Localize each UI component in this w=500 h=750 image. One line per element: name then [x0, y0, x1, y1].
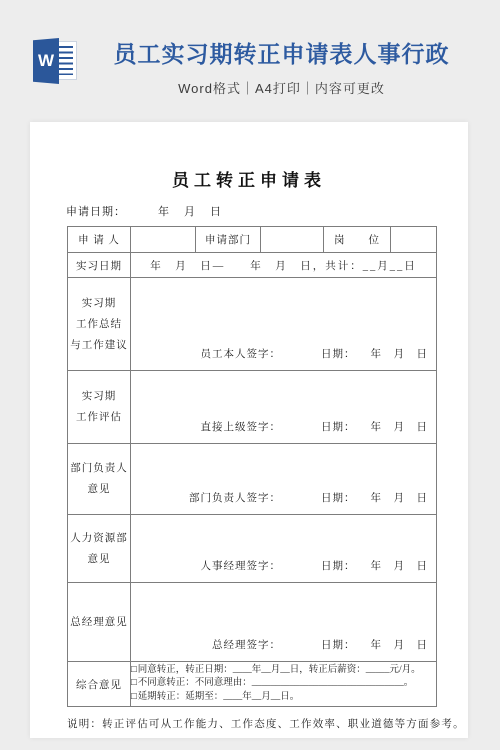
label-line: 意见 — [68, 549, 130, 570]
row-hr-opinion: 人力资源部 意见 人事经理签字： 日期： 年 月 日 — [68, 515, 437, 583]
label-line: 实习期 — [68, 386, 130, 407]
dept-head-body-cell: 部门负责人签字： 日期： 年 月 日 — [131, 444, 437, 515]
option-text: 同意转正，转正日期：____年__月__日，转正后薪资：_____元/月。 — [138, 665, 421, 675]
note-line: 说明：转正评估可从工作能力、工作态度、工作效率、职业道德等方面参考。 — [67, 716, 468, 731]
label-line: 人力资源部 — [68, 528, 130, 549]
row-applicant: 申 请 人 申请部门 岗 位 — [68, 227, 437, 253]
row-work-summary: 实习期 工作总结 与工作建议 员工本人签字： 日期： 年 月 日 — [68, 278, 437, 371]
row-gm-opinion: 总经理意见 总经理签字： 日期： 年 月 日 — [68, 583, 437, 662]
signature-line: 部门负责人签字： 日期： 年 月 日 — [131, 490, 436, 514]
work-evaluation-body-cell: 直接上级签字： 日期： 年 月 日 — [131, 371, 437, 444]
sign-label: 直接上级签字： — [201, 419, 282, 434]
template-preview-screen: W 员工实习期转正申请表人事行政 Word格式｜A4打印｜内容可更改 员工转正申… — [0, 0, 500, 118]
position-label: 岗 位 — [324, 227, 391, 253]
apply-date-value: 年 月 日 — [158, 206, 223, 218]
word-icon-letter: W — [38, 51, 54, 71]
application-form-table: 申 请 人 申请部门 岗 位 实习日期 年 月 日— 年 月 日，共计：__月_… — [67, 226, 437, 707]
sign-date-label: 日期： — [321, 346, 356, 361]
sign-label: 员工本人签字： — [201, 346, 282, 361]
applicant-value-cell — [131, 227, 196, 253]
option-text: 不同意转正：不同意理由：____________________________… — [138, 678, 414, 688]
sign-label: 人事经理签字： — [201, 558, 282, 573]
sign-date-value: 年 月 日 — [371, 490, 429, 505]
label-line: 工作总结 — [68, 314, 130, 335]
sign-date-value: 年 月 日 — [371, 558, 429, 573]
label-line: 总经理意见 — [68, 612, 130, 633]
row-work-evaluation: 实习期 工作评估 直接上级签字： 日期： 年 月 日 — [68, 371, 437, 444]
signature-line: 总经理签字： 日期： 年 月 日 — [131, 637, 436, 661]
header-text-block: 员工实习期转正申请表人事行政 Word格式｜A4打印｜内容可更改 — [89, 36, 480, 97]
sign-date-label: 日期： — [321, 558, 356, 573]
label-line: 与工作建议 — [68, 335, 130, 356]
sign-date-value: 年 月 日 — [371, 637, 429, 652]
header-banner: W 员工实习期转正申请表人事行政 Word格式｜A4打印｜内容可更改 — [0, 0, 500, 118]
row-internship-period: 实习日期 年 月 日— 年 月 日，共计：__月__日 — [68, 253, 437, 278]
row-overall-opinion: 综合意见 □同意转正，转正日期：____年__月__日，转正后薪资：_____元… — [68, 662, 437, 707]
label-line: 工作评估 — [68, 407, 130, 428]
sign-date-value: 年 月 日 — [371, 419, 429, 434]
position-value-cell — [391, 227, 437, 253]
sign-date-value: 年 月 日 — [371, 346, 429, 361]
label-line: 部门负责人 — [68, 458, 130, 479]
label-line: 意见 — [68, 479, 130, 500]
row-dept-head-opinion: 部门负责人 意见 部门负责人签字： 日期： 年 月 日 — [68, 444, 437, 515]
option-postpone: □延期转正：延期至：____年__月__日。 — [131, 691, 436, 705]
page-subtitle: Word格式｜A4打印｜内容可更改 — [89, 78, 474, 97]
hr-body-cell: 人事经理签字： 日期： 年 月 日 — [131, 515, 437, 583]
signature-line: 员工本人签字： 日期： 年 月 日 — [131, 346, 436, 370]
checkbox-icon: □ — [131, 678, 137, 688]
option-text: 延期转正：延期至：____年__月__日。 — [138, 692, 300, 702]
sign-label: 总经理签字： — [212, 637, 281, 652]
apply-date-line: 申请日期：年 月 日 — [66, 203, 468, 219]
document-page: 员工转正申请表 申请日期：年 月 日 申 请 人 申请部门 岗 位 实习日期 年… — [30, 122, 468, 738]
option-approve: □同意转正，转正日期：____年__月__日，转正后薪资：_____元/月。 — [131, 664, 436, 678]
applicant-label: 申 请 人 — [68, 227, 131, 253]
sign-date-label: 日期： — [321, 419, 356, 434]
page-title: 员工实习期转正申请表人事行政 — [89, 36, 474, 69]
sign-label: 部门负责人签字： — [189, 490, 281, 505]
department-label: 申请部门 — [196, 227, 261, 253]
sign-date-label: 日期： — [321, 490, 356, 505]
department-value-cell — [261, 227, 324, 253]
work-summary-label-cell: 实习期 工作总结 与工作建议 — [68, 278, 131, 371]
work-evaluation-label-cell: 实习期 工作评估 — [68, 371, 131, 444]
work-summary-body-cell: 员工本人签字： 日期： 年 月 日 — [131, 278, 437, 371]
gm-label-cell: 总经理意见 — [68, 583, 131, 662]
checkbox-icon: □ — [131, 665, 137, 675]
signature-line: 人事经理签字： 日期： 年 月 日 — [131, 558, 436, 582]
option-disapprove: □不同意转正：不同意理由：___________________________… — [131, 677, 436, 691]
gm-body-cell: 总经理签字： 日期： 年 月 日 — [131, 583, 437, 662]
word-icon-cover: W — [33, 38, 59, 84]
overall-opinion-label: 综合意见 — [68, 662, 131, 707]
sign-date-label: 日期： — [321, 637, 356, 652]
hr-label-cell: 人力资源部 意见 — [68, 515, 131, 583]
dept-head-label-cell: 部门负责人 意见 — [68, 444, 131, 515]
overall-opinion-body-cell: □同意转正，转正日期：____年__月__日，转正后薪资：_____元/月。 □… — [131, 662, 437, 707]
period-value: 年 月 日— 年 月 日，共计：__月__日 — [131, 253, 437, 278]
apply-date-label: 申请日期： — [66, 206, 126, 218]
checkbox-icon: □ — [131, 692, 137, 702]
document-title: 员工转正申请表 — [30, 122, 468, 191]
word-icon: W — [33, 38, 77, 84]
label-line: 实习期 — [68, 293, 130, 314]
period-label: 实习日期 — [68, 253, 131, 278]
signature-line: 直接上级签字： 日期： 年 月 日 — [131, 419, 436, 443]
